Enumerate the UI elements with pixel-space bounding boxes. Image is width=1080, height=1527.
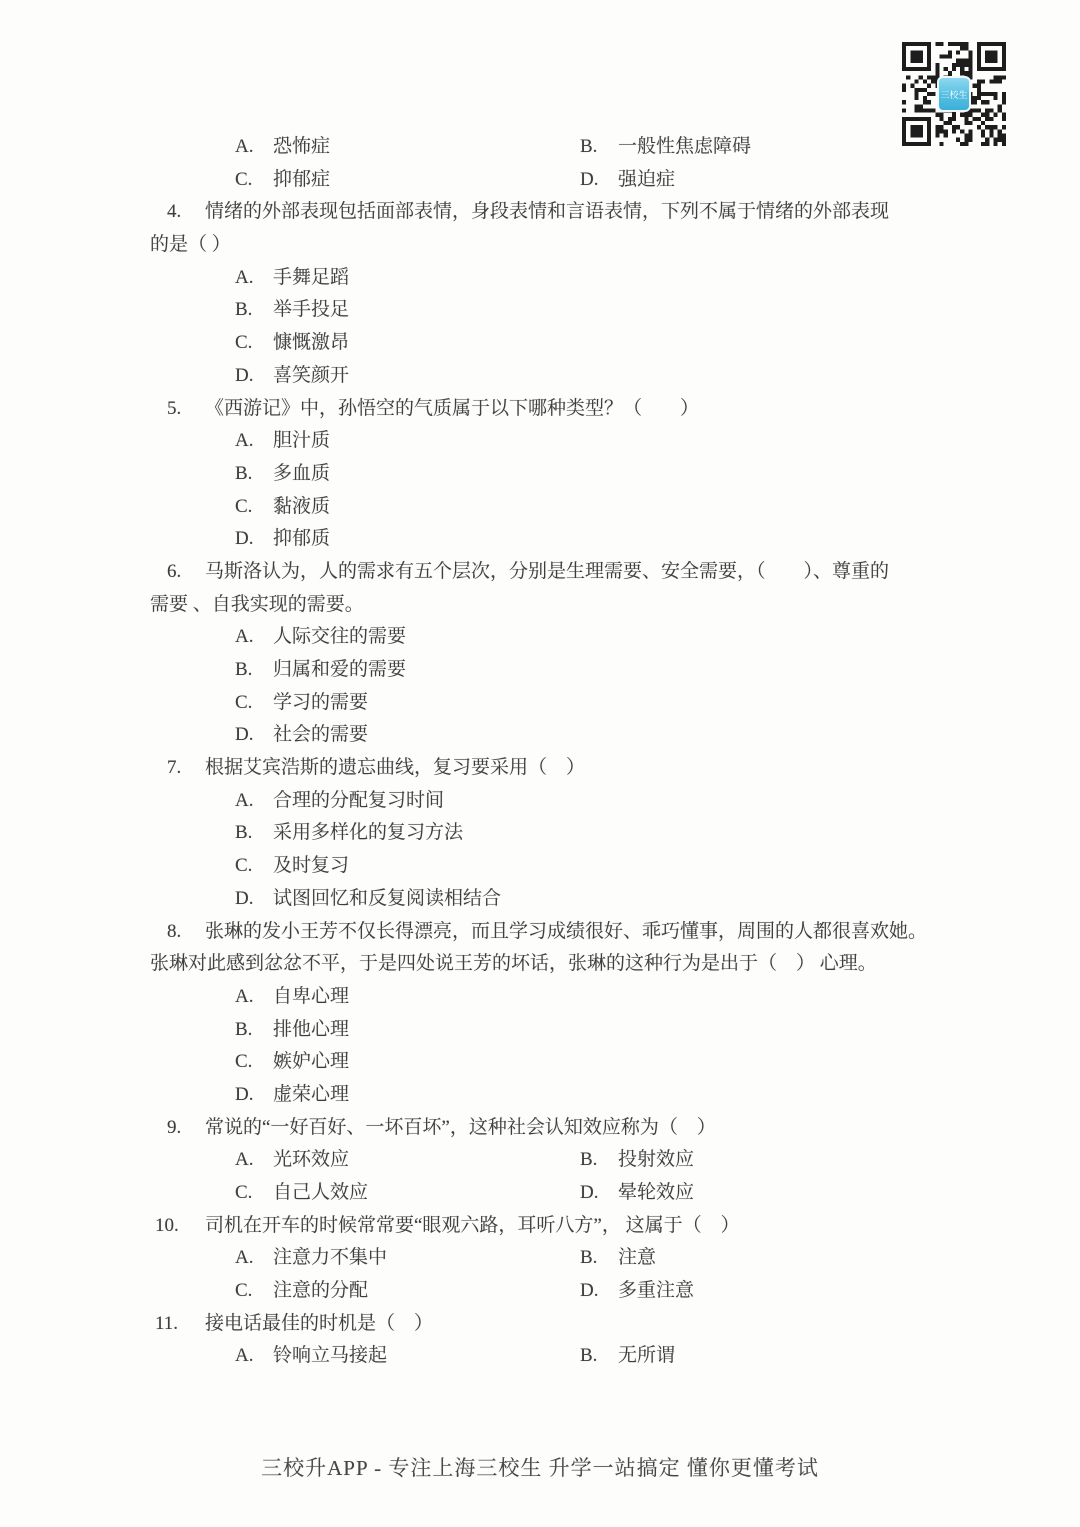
option: D.社会的需要 [235,724,368,745]
option-row: D.虚荣心理 [150,1079,950,1112]
qr-logo-text: 三校生 [940,88,967,101]
option-text: 排他心理 [273,1019,349,1040]
question-text: 《西游记》中，孙悟空的气质属于以下哪种类型？（ ） [205,398,699,419]
option-letter: B. [235,294,273,327]
option: C.自己人效应 [235,1177,580,1210]
option: B.多血质 [235,463,330,484]
option-text: 虚荣心理 [273,1084,349,1105]
option-row: C.黏液质 [150,491,950,524]
option: C.嫉妒心理 [235,1051,349,1072]
question-text-line: 10.司机在开车的时候常常要“眼观六路，耳听八方”， 这属于（ ） [150,1210,950,1243]
option: C.学习的需要 [235,692,368,713]
option: D.虚荣心理 [235,1084,349,1105]
option-letter: D. [235,719,273,752]
option-letter: A. [235,262,273,295]
option-letter: D. [580,1275,618,1308]
option-letter: C. [235,491,273,524]
option-letter: B. [235,458,273,491]
option: B.举手投足 [235,299,349,320]
option-row: A.合理的分配复习时间 [150,785,950,818]
option: C.注意的分配 [235,1275,580,1308]
question-text-line: 9.常说的“一好百好、一坏百坏”，这种社会认知效应称为（ ） [150,1112,950,1145]
question-text: 的是（ ） [150,234,231,255]
option-row: A.注意力不集中B.注意 [150,1242,950,1275]
option-letter: B. [235,654,273,687]
option-row: C.嫉妒心理 [150,1046,950,1079]
option: B.排他心理 [235,1019,349,1040]
option-row: B.采用多样化的复习方法 [150,817,950,850]
option-letter: C. [235,687,273,720]
option-letter: C. [235,164,273,197]
option-text: 人际交往的需要 [273,626,406,647]
option-row: A.自卑心理 [150,981,950,1014]
option-row: A.恐怖症B.一般性焦虑障碍 [150,131,950,164]
option-letter: A. [235,1144,273,1177]
option: A.人际交往的需要 [235,626,406,647]
question-text-line: 7.根据艾宾浩斯的遗忘曲线，复习要采用（ ） [150,752,950,785]
option-text: 自卑心理 [273,986,349,1007]
question-text-continuation: 的是（ ） [150,229,950,262]
option: B.投射效应 [580,1149,694,1170]
question-block: 5.《西游记》中，孙悟空的气质属于以下哪种类型？（ ）A.胆汁质B.多血质C.黏… [150,393,950,556]
option-text: 一般性焦虑障碍 [618,136,751,157]
option: B.采用多样化的复习方法 [235,822,463,843]
option-letter: C. [235,850,273,883]
option: A.铃响立马接起 [235,1340,580,1373]
qr-logo-badge: 三校生 [937,76,971,112]
option-text: 注意 [618,1247,656,1268]
option-text: 抑郁质 [273,528,330,549]
question-number: 4. [150,196,205,229]
option-text: 无所谓 [618,1345,675,1366]
question-number: 9. [150,1112,205,1145]
option-text: 举手投足 [273,299,349,320]
option-text: 学习的需要 [273,692,368,713]
option-row: C.慷慨激昂 [150,327,950,360]
option: D.喜笑颜开 [235,365,349,386]
question-block: 4.情绪的外部表现包括面部表情，身段表情和言语表情，下列不属于情绪的外部表现的是… [150,196,950,392]
question-number: 6. [150,556,205,589]
option-row: A.胆汁质 [150,425,950,458]
question-text-line: 6.马斯洛认为，人的需求有五个层次，分别是生理需要、安全需要，（ ）、尊重的 [150,556,950,589]
option-letter: D. [235,523,273,556]
option: D.抑郁质 [235,528,330,549]
option: D.多重注意 [580,1280,694,1301]
option-letter: B. [580,1340,618,1373]
option-row: A.光环效应B.投射效应 [150,1144,950,1177]
option-row: C.注意的分配D.多重注意 [150,1275,950,1308]
option-letter: C. [235,327,273,360]
option: A.恐怖症 [235,131,580,164]
option-letter: B. [235,817,273,850]
option-row: D.抑郁质 [150,523,950,556]
option-row: B.归属和爱的需要 [150,654,950,687]
option-letter: A. [235,1340,273,1373]
footer-text: 三校升APP - 专注上海三校生 升学一站搞定 懂你更懂考试 [0,1452,1080,1482]
option-letter: A. [235,1242,273,1275]
option-text: 胆汁质 [273,430,330,451]
option-row: C.抑郁症D.强迫症 [150,164,950,197]
option-text: 试图回忆和反复阅读相结合 [273,888,501,909]
option-row: D.喜笑颜开 [150,360,950,393]
option-row: A.手舞足蹈 [150,262,950,295]
option-text: 喜笑颜开 [273,365,349,386]
option: C.黏液质 [235,496,330,517]
option-text: 晕轮效应 [618,1182,694,1203]
question-text-continuation: 需要 、自我实现的需要。 [150,589,950,622]
option-text: 社会的需要 [273,724,368,745]
question-text-line: 4.情绪的外部表现包括面部表情，身段表情和言语表情，下列不属于情绪的外部表现 [150,196,950,229]
question-block: 7.根据艾宾浩斯的遗忘曲线，复习要采用（ ）A.合理的分配复习时间B.采用多样化… [150,752,950,915]
option-letter: B. [235,1014,273,1047]
question-number: 10. [150,1210,205,1243]
option: C.及时复习 [235,855,349,876]
question-block: 10.司机在开车的时候常常要“眼观六路，耳听八方”， 这属于（ ）A.注意力不集… [150,1210,950,1308]
option: D.晕轮效应 [580,1182,694,1203]
option: A.自卑心理 [235,986,349,1007]
option-row: B.多血质 [150,458,950,491]
option-letter: D. [580,1177,618,1210]
question-text: 需要 、自我实现的需要。 [150,594,364,615]
option-text: 慷慨激昂 [273,332,349,353]
option-letter: A. [235,621,273,654]
option-text: 归属和爱的需要 [273,659,406,680]
option-letter: D. [235,883,273,916]
question-number: 5. [150,393,205,426]
option: A.胆汁质 [235,430,330,451]
option: A.合理的分配复习时间 [235,790,444,811]
option-text: 注意的分配 [273,1280,368,1301]
question-text-line: 5.《西游记》中，孙悟空的气质属于以下哪种类型？（ ） [150,393,950,426]
option: B.一般性焦虑障碍 [580,136,751,157]
question-block: A.恐怖症B.一般性焦虑障碍C.抑郁症D.强迫症 [150,131,950,196]
option-letter: A. [235,785,273,818]
option: B.注意 [580,1247,656,1268]
question-text: 马斯洛认为，人的需求有五个层次，分别是生理需要、安全需要，（ ）、尊重的 [205,561,889,582]
option-text: 光环效应 [273,1149,349,1170]
option-letter: B. [580,1242,618,1275]
option: B.归属和爱的需要 [235,659,406,680]
option-text: 及时复习 [273,855,349,876]
option-text: 恐怖症 [273,136,330,157]
question-list: A.恐怖症B.一般性焦虑障碍C.抑郁症D.强迫症4.情绪的外部表现包括面部表情，… [150,131,950,1373]
option-letter: C. [235,1046,273,1079]
option-letter: D. [235,360,273,393]
option-text: 采用多样化的复习方法 [273,822,463,843]
option-text: 铃响立马接起 [273,1345,387,1366]
question-block: 11.接电话最佳的时机是（ ）A.铃响立马接起B.无所谓 [150,1308,950,1373]
question-number: 11. [150,1308,205,1341]
question-block: 6.马斯洛认为，人的需求有五个层次，分别是生理需要、安全需要，（ ）、尊重的需要… [150,556,950,752]
option-row: D.试图回忆和反复阅读相结合 [150,883,950,916]
option-text: 多重注意 [618,1280,694,1301]
option: A.光环效应 [235,1144,580,1177]
question-text: 接电话最佳的时机是（ ） [205,1313,433,1334]
option-row: A.人际交往的需要 [150,621,950,654]
option-text: 自己人效应 [273,1182,368,1203]
option-letter: B. [580,131,618,164]
option-letter: A. [235,425,273,458]
option-text: 嫉妒心理 [273,1051,349,1072]
question-block: 8.张琳的发小王芳不仅长得漂亮，而且学习成绩很好、乖巧懂事，周围的人都很喜欢她。… [150,916,950,1112]
question-text: 情绪的外部表现包括面部表情，身段表情和言语表情，下列不属于情绪的外部表现 [205,201,889,222]
option-text: 合理的分配复习时间 [273,790,444,811]
option-text: 抑郁症 [273,169,330,190]
option-text: 投射效应 [618,1149,694,1170]
option-letter: C. [235,1275,273,1308]
option: C.抑郁症 [235,164,580,197]
question-text: 张琳对此感到忿忿不平，于是四处说王芳的坏话，张琳的这种行为是出于（ ） 心理。 [150,953,877,974]
option-row: B.举手投足 [150,294,950,327]
option: C.慷慨激昂 [235,332,349,353]
question-text-continuation: 张琳对此感到忿忿不平，于是四处说王芳的坏话，张琳的这种行为是出于（ ） 心理。 [150,948,950,981]
option: D.强迫症 [580,169,675,190]
option-letter: B. [580,1144,618,1177]
option-letter: D. [235,1079,273,1112]
option-row: B.排他心理 [150,1014,950,1047]
question-number: 7. [150,752,205,785]
question-text: 根据艾宾浩斯的遗忘曲线，复习要采用（ ） [205,757,585,778]
option: A.手舞足蹈 [235,267,349,288]
option-row: D.社会的需要 [150,719,950,752]
option-text: 注意力不集中 [273,1247,387,1268]
option: A.注意力不集中 [235,1242,580,1275]
question-text: 常说的“一好百好、一坏百坏”，这种社会认知效应称为（ ） [205,1117,716,1138]
question-block: 9.常说的“一好百好、一坏百坏”，这种社会认知效应称为（ ）A.光环效应B.投射… [150,1112,950,1210]
option-text: 强迫症 [618,169,675,190]
question-text: 司机在开车的时候常常要“眼观六路，耳听八方”， 这属于（ ） [205,1215,740,1236]
option-text: 黏液质 [273,496,330,517]
option: B.无所谓 [580,1345,675,1366]
option-row: C.及时复习 [150,850,950,883]
option-row: C.自己人效应D.晕轮效应 [150,1177,950,1210]
option-letter: D. [580,164,618,197]
question-text: 张琳的发小王芳不仅长得漂亮，而且学习成绩很好、乖巧懂事，周围的人都很喜欢她。 [205,921,927,942]
option-letter: A. [235,981,273,1014]
option-letter: A. [235,131,273,164]
option-row: A.铃响立马接起B.无所谓 [150,1340,950,1373]
option-letter: C. [235,1177,273,1210]
question-text-line: 11.接电话最佳的时机是（ ） [150,1308,950,1341]
option-row: C.学习的需要 [150,687,950,720]
option-text: 手舞足蹈 [273,267,349,288]
question-text-line: 8.张琳的发小王芳不仅长得漂亮，而且学习成绩很好、乖巧懂事，周围的人都很喜欢她。 [150,916,950,949]
exam-page: 三校生 A.恐怖症B.一般性焦虑障碍C.抑郁症D.强迫症4.情绪的外部表现包括面… [0,0,1080,1527]
option-text: 多血质 [273,463,330,484]
option: D.试图回忆和反复阅读相结合 [235,888,501,909]
question-number: 8. [150,916,205,949]
